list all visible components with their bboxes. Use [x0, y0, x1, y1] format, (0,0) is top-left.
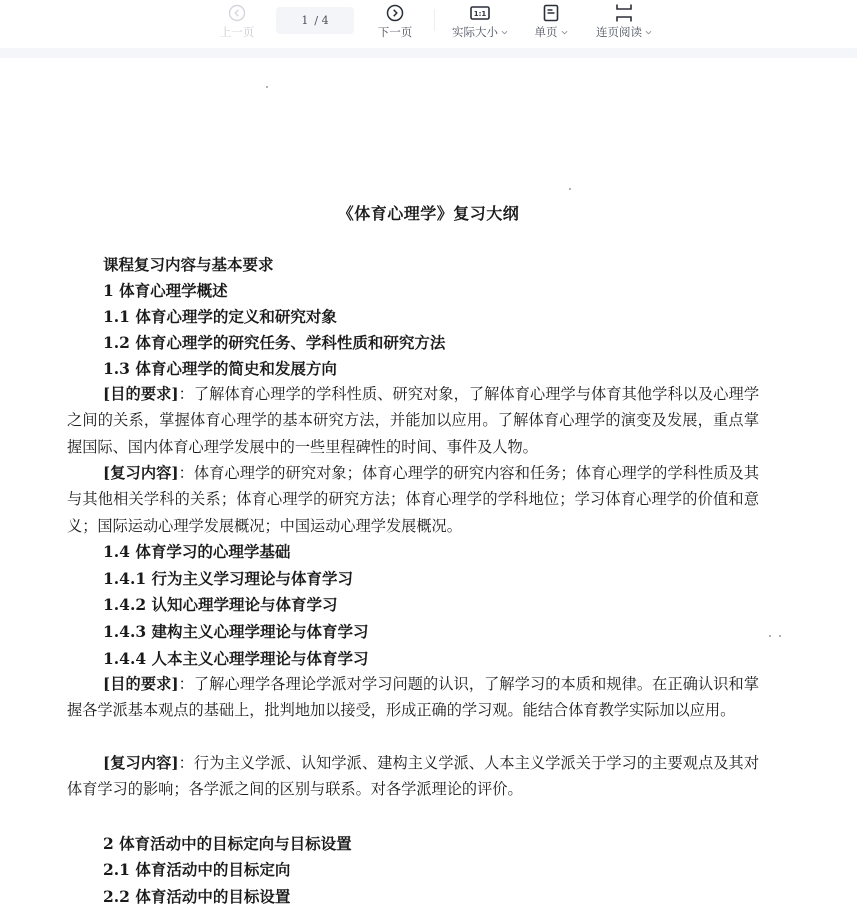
heading-1-4-2: 1.4.2 认知心理学理论与体育学习: [103, 592, 338, 618]
paragraph-objectives-2: [目的要求]：了解心理学各理论学派对学习问题的认识，了解学习的本质和规律。在正确…: [67, 671, 759, 724]
actual-size-1to1-icon: 1:1: [470, 3, 490, 23]
next-page-label: 下一页: [378, 24, 413, 40]
svg-text:1:1: 1:1: [474, 10, 487, 18]
heading-ch1: 1 体育心理学概述: [103, 278, 228, 304]
scroll-mode-dropdown[interactable]: 连页阅读: [591, 3, 657, 43]
heading-1-4-4: 1.4.4 人本主义心理学理论与体育学习: [103, 646, 369, 672]
review-tag: [复习内容]: [103, 464, 179, 482]
heading-1-1: 1.1 体育心理学的定义和研究对象: [103, 304, 337, 330]
heading-1-4-1: 1.4.1 行为主义学习理论与体育学习: [103, 566, 353, 592]
scan-speck: [779, 635, 781, 637]
chevron-right-circle-icon: [386, 3, 404, 23]
page-number-input[interactable]: 1 / 4: [276, 7, 354, 34]
scan-speck: [569, 188, 571, 190]
heading-1-2: 1.2 体育心理学的研究任务、学科性质和研究方法: [103, 330, 445, 356]
current-page[interactable]: 1: [301, 14, 308, 27]
heading-1-4: 1.4 体育学习的心理学基础: [103, 539, 290, 565]
scan-speck: [769, 635, 771, 637]
paragraph-objectives-1: [目的要求]：了解体育心理学的学科性质、研究对象，了解体育心理学与体育其他学科以…: [67, 381, 759, 460]
heading-ch2: 2 体育活动中的目标定向与目标设置: [103, 831, 352, 857]
paragraph-review-2: [复习内容]：行为主义学派、认知学派、建构主义学派、人本主义学派关于学习的主要观…: [67, 750, 759, 803]
continuous-pages-icon: [614, 3, 634, 23]
review-tag: [复习内容]: [103, 754, 179, 772]
page-layout-label: 单页: [535, 24, 558, 40]
objectives-tag: [目的要求]: [103, 675, 179, 693]
heading-2-1: 2.1 体育活动中的目标定向: [103, 857, 290, 883]
chevron-left-circle-icon: [228, 3, 246, 23]
scroll-mode-label: 连页阅读: [596, 24, 642, 40]
heading-2-2: 2.2 体育活动中的目标设置: [103, 884, 290, 910]
chevron-down-icon: [561, 29, 568, 36]
heading-1-3: 1.3 体育心理学的简史和发展方向: [103, 356, 337, 382]
next-page-button[interactable]: 下一页: [374, 3, 416, 43]
document-page: 《体育心理学》复习大纲 课程复习内容与基本要求 1 体育心理学概述 1.1 体育…: [0, 58, 857, 910]
heading-course: 课程复习内容与基本要求: [103, 252, 274, 278]
toolbar-divider: [434, 9, 435, 31]
document-title: 《体育心理学》复习大纲: [0, 201, 857, 224]
page-layout-dropdown[interactable]: 单页: [531, 3, 571, 43]
objectives-tag: [目的要求]: [103, 385, 179, 403]
paragraph-review-1: [复习内容]：体育心理学的研究对象；体育心理学的研究内容和任务；体育心理学的学科…: [67, 460, 759, 539]
chevron-down-icon: [501, 29, 508, 36]
chevron-down-icon: [645, 29, 652, 36]
toolbar-page-gap: [0, 48, 857, 58]
heading-1-4-3: 1.4.3 建构主义心理学理论与体育学习: [103, 619, 369, 645]
zoom-mode-label: 实际大小: [452, 24, 498, 40]
total-pages: / 4: [314, 14, 328, 27]
prev-page-label: 上一页: [220, 24, 255, 40]
zoom-mode-dropdown[interactable]: 1:1 实际大小: [447, 3, 513, 43]
single-page-icon: [542, 3, 560, 23]
pdf-toolbar: 上一页 1 / 4 下一页 1:1 实际大小 单页: [0, 0, 857, 48]
scan-speck: [266, 86, 268, 88]
prev-page-button[interactable]: 上一页: [216, 3, 258, 43]
